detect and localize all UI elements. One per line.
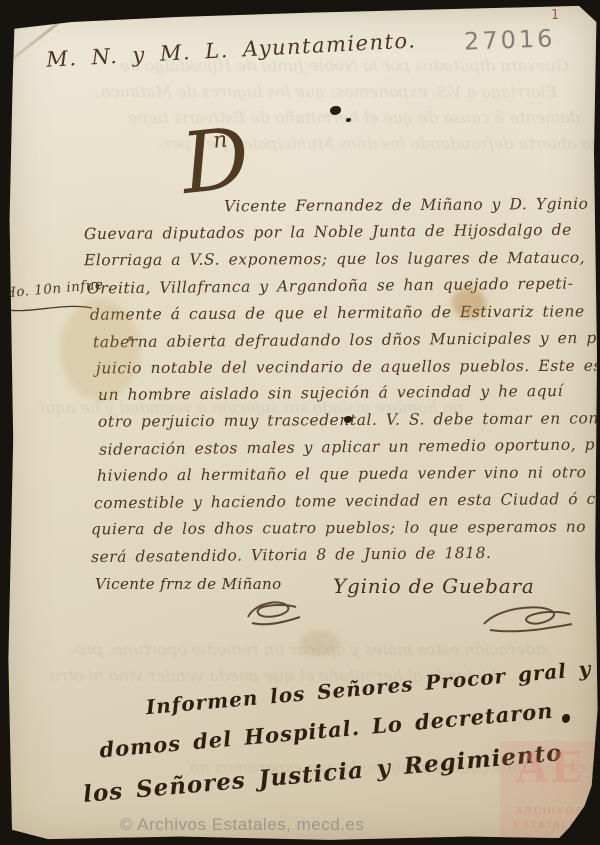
signature-right: Yginio de Guebara [333, 574, 535, 598]
manuscript-line: Guevara diputados por la Noble Junta de … [84, 221, 572, 243]
archive-number: 27016 [464, 24, 556, 55]
manuscript-line: Elorriaga a V.S. exponemos; que los luga… [84, 249, 585, 270]
stain [300, 630, 340, 656]
signature-left: Vicente frnz de Miñano [95, 575, 282, 593]
manuscript-line: juicio notable del vecindario de aquello… [96, 357, 600, 378]
logo-initials: AE [516, 745, 585, 791]
stain [60, 300, 140, 400]
manuscript-line: sideración estos males y aplicar un reme… [99, 435, 600, 458]
manuscript-line: damente á causa de que el hermitaño de E… [90, 302, 585, 323]
folio-number: 1 [551, 8, 559, 23]
signature-rubric-icon [238, 593, 308, 627]
manuscript-line: un hombre aislado sin sujeción á vecinda… [98, 382, 563, 404]
scan-backdrop: Guevara diputados por la Noble Junta de … [0, 0, 600, 845]
manuscript-line: Oreitia, Villafranca y Argandoña se han … [87, 274, 574, 297]
manuscript-line: comestible y haciendo tome vecindad en e… [94, 490, 600, 513]
stain [452, 288, 486, 318]
manuscript-line: será desatendido. Vitoria 8 de Junio de … [91, 544, 492, 566]
bleedthrough-line: Elorriaga a V.S. exponemos; que los luga… [96, 82, 557, 101]
signature-rubric-icon [478, 598, 578, 634]
drop-cap-superscript: n [212, 128, 229, 154]
watermark-text: © Archivos Estatales, mecd.es [120, 815, 364, 835]
manuscript-line: Vicente Fernandez de Miñano y D. Yginio … [224, 195, 600, 216]
manuscript-line: taberna abierta defraudando los dños Mun… [93, 329, 600, 352]
paper-sheet: Guevara diputados por la Noble Junta de … [0, 0, 600, 845]
manuscript-line: hiviendo al hermitaño el que pueda vende… [97, 463, 587, 484]
manuscript-line: quiera de los dhos cuatro pueblos; lo qu… [91, 518, 586, 539]
